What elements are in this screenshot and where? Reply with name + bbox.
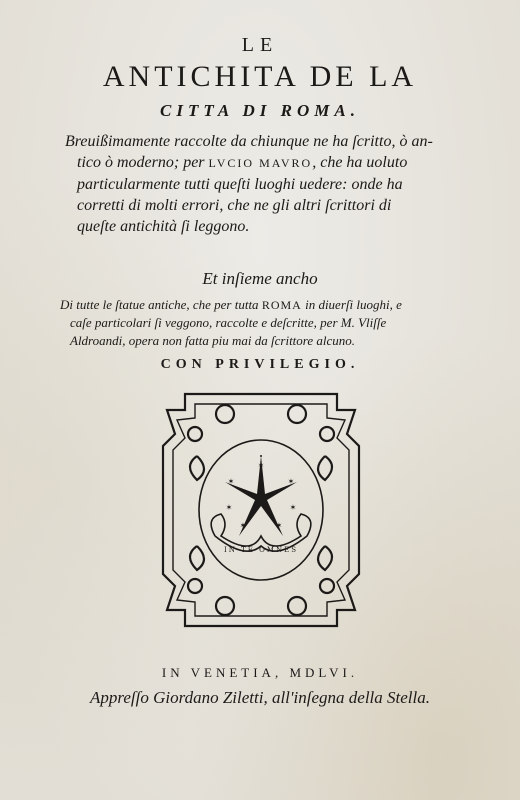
description-line-3: particularmente tutti queſti luoghi uede… bbox=[65, 174, 465, 195]
svg-text:✶: ✶ bbox=[276, 521, 283, 530]
imprint-city-date: IN VENETIA, MDLVI. bbox=[0, 665, 520, 681]
et-insieme-heading: Et inſieme ancho bbox=[0, 269, 520, 289]
description-line-4: corretti di molti errori, che ne gli alt… bbox=[65, 195, 465, 216]
author-name: LVCIO MAVRO bbox=[209, 156, 313, 170]
svg-text:✶: ✶ bbox=[290, 503, 297, 512]
description-line-5: queſte antichità ſi leggono. bbox=[65, 216, 465, 237]
printer-device-woodcut: ✶ ✶ ✶ ✶ ✶ ✶ ✶ IN TE OMNES bbox=[155, 386, 367, 634]
title-line-le: LE bbox=[0, 34, 520, 57]
statue-line-3: Aldroandi, opera non fatta piu mai da ſc… bbox=[60, 332, 460, 350]
description-paragraph: Breuißimamente raccolte da chiunque ne h… bbox=[65, 131, 465, 237]
svg-text:✶: ✶ bbox=[240, 521, 247, 530]
svg-text:✶: ✶ bbox=[288, 477, 295, 486]
statue-paragraph: Di tutte le ſtatue antiche, che per tutt… bbox=[60, 296, 460, 350]
description-line-2: tico ò moderno; per LVCIO MAVRO, che ha … bbox=[65, 152, 465, 174]
svg-text:✶: ✶ bbox=[258, 461, 265, 470]
svg-text:✶: ✶ bbox=[226, 503, 233, 512]
statue-line-1: Di tutte le ſtatue antiche, che per tutt… bbox=[60, 296, 460, 314]
statue-line-2: caſe particolari ſi veggono, raccolte e … bbox=[60, 314, 460, 332]
privilegio-line: CON PRIVILEGIO. bbox=[0, 357, 520, 373]
title-page: LE ANTICHITA DE LA CITTA DI ROMA. Breuiß… bbox=[0, 0, 520, 800]
description-line-1: Breuißimamente raccolte da chiunque ne h… bbox=[65, 131, 465, 152]
title-line-antichita: ANTICHITA DE LA bbox=[0, 60, 520, 94]
ornamental-frame-icon: ✶ ✶ ✶ ✶ ✶ ✶ ✶ IN TE OMNES bbox=[155, 386, 367, 634]
title-line-citta: CITTA DI ROMA. bbox=[0, 101, 520, 121]
device-motto: IN TE OMNES bbox=[224, 546, 298, 554]
imprint-publisher: Appreſſo Giordano Ziletti, all'inſegna d… bbox=[0, 688, 520, 708]
svg-text:✶: ✶ bbox=[228, 477, 235, 486]
